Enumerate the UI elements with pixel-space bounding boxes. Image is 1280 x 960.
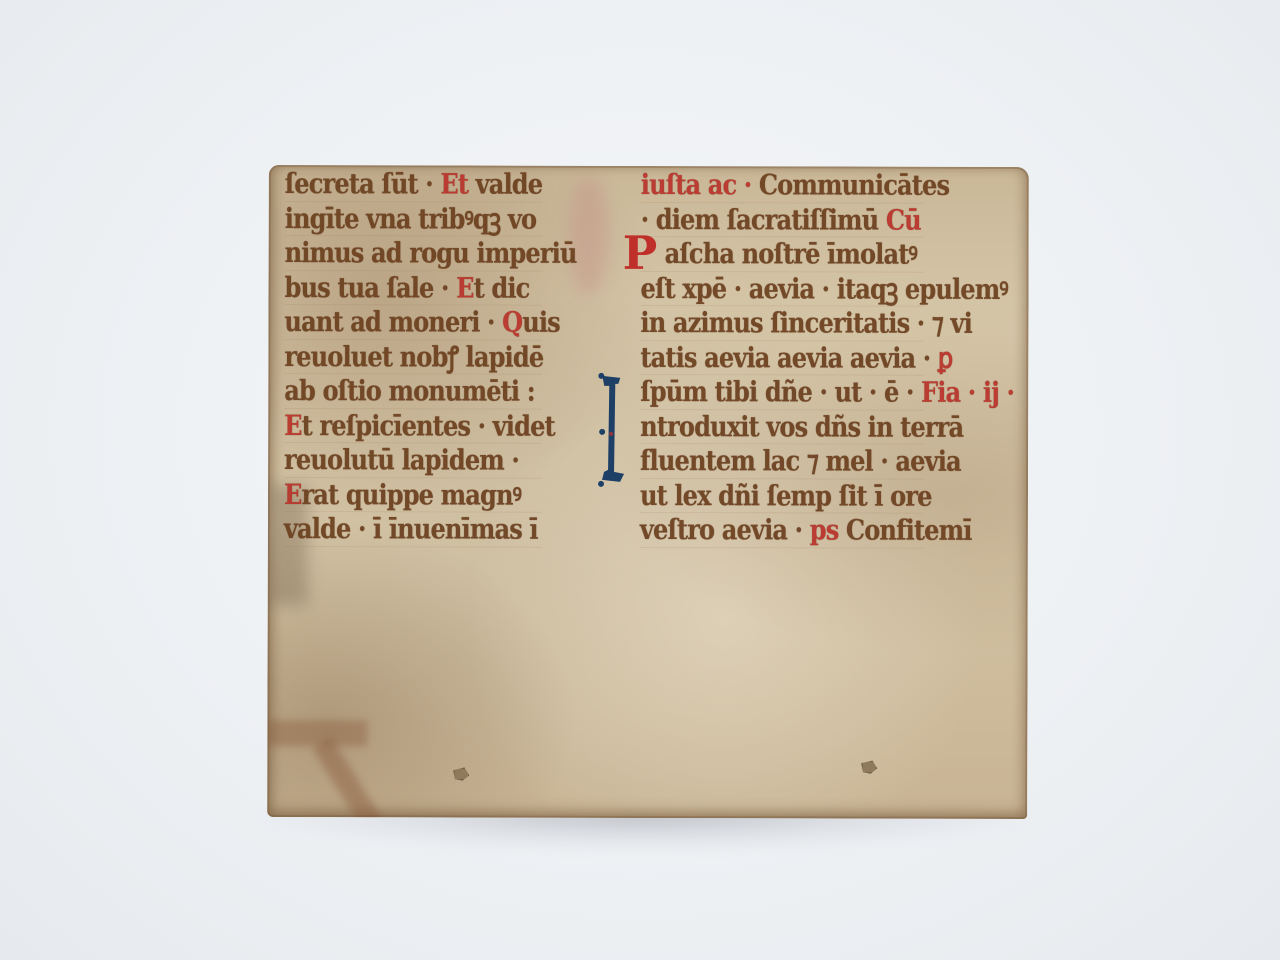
- text-line: · diem ſacratiſſimū Cū: [641, 202, 925, 237]
- text-line: ſpūm tibi dñe · ut · ē · Fia · ij ·: [640, 375, 924, 410]
- manuscript-fragment: ſecreta ſūt · Et valde ingīte vna tribꝰq…: [267, 165, 1029, 819]
- blue-initial-i: [598, 372, 628, 492]
- text-line: in azimus ſinceritatis · ⁊ vi: [640, 306, 924, 341]
- text-line: fluentem lac ⁊ mel · aevia: [640, 444, 924, 479]
- fold-stain-diagonal: [313, 737, 384, 819]
- text-line: ut lex dñi ſemp ſit ī ore: [640, 478, 924, 513]
- fold-stain-horizontal: [267, 720, 367, 746]
- text-line: uant ad moneri · Quis: [284, 305, 542, 340]
- text-line: valde · ī īnuenīmas ī: [284, 512, 542, 547]
- text-line: veſtro aevia · ps Confitemī: [640, 513, 924, 548]
- red-initial-p: P: [623, 230, 658, 276]
- text-line: ſecreta ſūt · Et valde: [285, 167, 543, 202]
- right-text-column: iuſta ac · Communicātes · diem ſacratiſſ…: [640, 168, 971, 548]
- text-line: Et reſpicīentes · videt: [284, 409, 542, 444]
- text-line: eſt xpē · aevia · itaqꝫ epulemꝰ: [640, 271, 924, 306]
- text-line: reuoluet nobꝭ lapidē: [284, 340, 542, 375]
- text-line: iuſta ac · Communicātes: [641, 168, 925, 203]
- text-line: bus tua ſale · Et dic: [284, 271, 542, 306]
- text-line: tatis aevia aevia aevia · ꝑ: [640, 340, 924, 375]
- text-line: aſcha noſtrē īmolatꝰ: [641, 237, 925, 272]
- left-text-column: ſecreta ſūt · Et valde ingīte vna tribꝰq…: [284, 167, 585, 547]
- text-line: Erat quippe magnꝰ: [284, 478, 542, 513]
- text-line: reuolutū lapidem ·: [284, 443, 542, 478]
- wormhole: [861, 761, 877, 774]
- text-line: nimus ad rogu imperiū: [285, 236, 543, 271]
- text-line: ab oſtio monumēti :: [284, 374, 542, 409]
- wormhole: [453, 767, 469, 780]
- text-line: ingīte vna tribꝰqꝫ vo: [285, 202, 543, 237]
- text-line: ntroduxit vos dñs in terrā: [640, 409, 924, 444]
